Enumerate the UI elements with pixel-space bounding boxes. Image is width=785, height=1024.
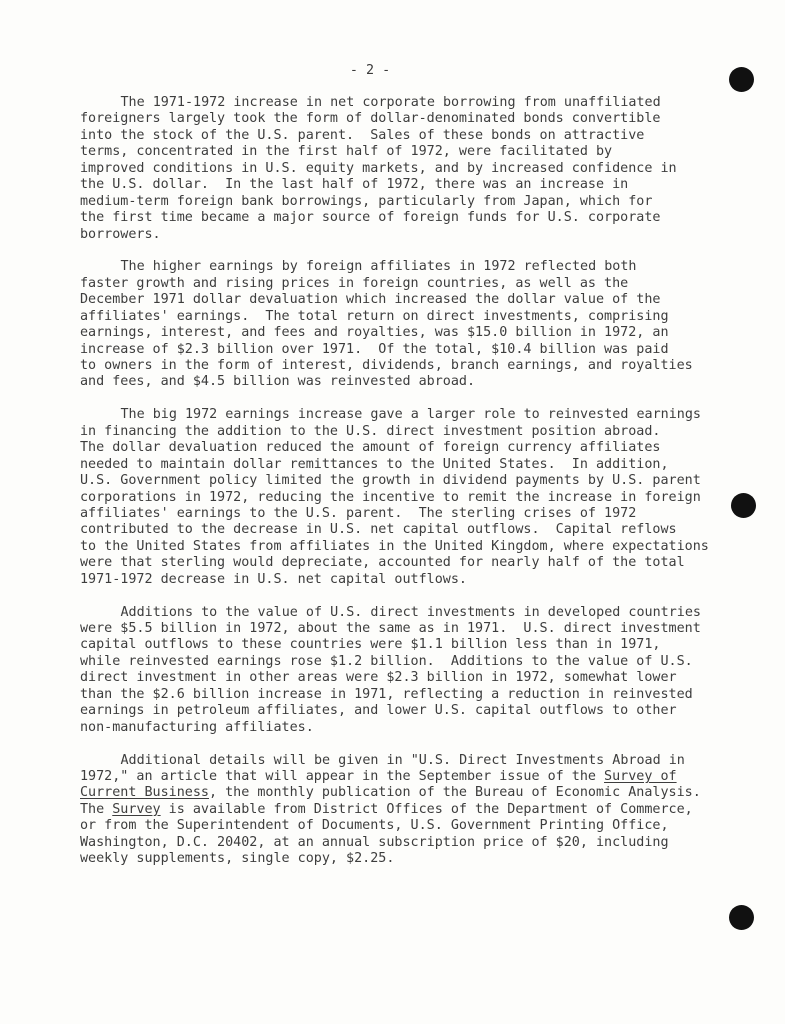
text-line: to owners in the form of interest, divid… bbox=[80, 358, 740, 374]
text-line: were that sterling would depreciate, acc… bbox=[80, 555, 740, 571]
hole-punch-icon bbox=[729, 67, 754, 92]
text-segment: The bbox=[80, 802, 112, 817]
text-line: while reinvested earnings rose $1.2 bill… bbox=[80, 654, 740, 670]
text-line: The higher earnings by foreign affiliate… bbox=[80, 259, 740, 275]
text-line: affiliates' earnings. The total return o… bbox=[80, 309, 740, 325]
text-line: than the $2.6 billion increase in 1971, … bbox=[80, 687, 740, 703]
text-line: and fees, and $4.5 billion was reinveste… bbox=[80, 374, 740, 390]
text-line: 1971-1972 decrease in U.S. net capital o… bbox=[80, 572, 740, 588]
text-line: needed to maintain dollar remittances to… bbox=[80, 457, 740, 473]
text-line: affiliates' earnings to the U.S. parent.… bbox=[80, 506, 740, 522]
text-line: foreigners largely took the form of doll… bbox=[80, 111, 740, 127]
text-line: 1972," an article that will appear in th… bbox=[80, 769, 740, 785]
hole-punch-icon bbox=[729, 905, 754, 930]
text-line: earnings in petroleum affiliates, and lo… bbox=[80, 703, 740, 719]
text-line: earnings, interest, and fees and royalti… bbox=[80, 325, 740, 341]
text-line: Washington, D.C. 20402, at an annual sub… bbox=[80, 835, 740, 851]
publication-title-survey: Survey bbox=[112, 802, 160, 817]
text-line: increase of $2.3 billion over 1971. Of t… bbox=[80, 342, 740, 358]
text-line: the U.S. dollar. In the last half of 197… bbox=[80, 177, 740, 193]
text-line: The Survey is available from District Of… bbox=[80, 802, 740, 818]
paragraph-additional-details: Additional details will be given in "U.S… bbox=[80, 753, 740, 868]
paragraph-developed-countries: Additions to the value of U.S. direct in… bbox=[80, 605, 740, 737]
text-line: December 1971 dollar devaluation which i… bbox=[80, 292, 740, 308]
text-line: The big 1972 earnings increase gave a la… bbox=[80, 407, 740, 423]
text-line: terms, concentrated in the first half of… bbox=[80, 144, 740, 160]
publication-title-current-business: Current Business bbox=[80, 785, 209, 800]
text-line: to the United States from affiliates in … bbox=[80, 539, 740, 555]
text-line: improved conditions in U.S. equity marke… bbox=[80, 161, 740, 177]
text-segment: , the monthly publication of the Bureau … bbox=[209, 785, 701, 800]
text-line: weekly supplements, single copy, $2.25. bbox=[80, 851, 740, 867]
paragraph-corporate-borrowing: The 1971-1972 increase in net corporate … bbox=[80, 95, 740, 243]
text-line: Additions to the value of U.S. direct in… bbox=[80, 605, 740, 621]
page-number: - 2 - bbox=[0, 63, 740, 78]
text-line: The dollar devaluation reduced the amoun… bbox=[80, 440, 740, 456]
text-line: contributed to the decrease in U.S. net … bbox=[80, 522, 740, 538]
text-line: in financing the addition to the U.S. di… bbox=[80, 424, 740, 440]
text-line: The 1971-1972 increase in net corporate … bbox=[80, 95, 740, 111]
text-line: corporations in 1972, reducing the incen… bbox=[80, 490, 740, 506]
text-segment: is available from District Offices of th… bbox=[161, 802, 693, 817]
paragraph-affiliate-earnings: The higher earnings by foreign affiliate… bbox=[80, 259, 740, 391]
text-line: U.S. Government policy limited the growt… bbox=[80, 473, 740, 489]
document-body: The 1971-1972 increase in net corporate … bbox=[80, 95, 740, 884]
hole-punch-icon bbox=[731, 493, 756, 518]
text-line: direct investment in other areas were $2… bbox=[80, 670, 740, 686]
text-line: capital outflows to these countries were… bbox=[80, 637, 740, 653]
paragraph-reinvested-earnings: The big 1972 earnings increase gave a la… bbox=[80, 407, 740, 588]
document-page: - 2 - The 1971-1972 increase in net corp… bbox=[0, 0, 785, 1024]
text-line: or from the Superintendent of Documents,… bbox=[80, 818, 740, 834]
text-line: were $5.5 billion in 1972, about the sam… bbox=[80, 621, 740, 637]
text-line: non-manufacturing affiliates. bbox=[80, 720, 740, 736]
text-line: medium-term foreign bank borrowings, par… bbox=[80, 194, 740, 210]
text-line: Current Business, the monthly publicatio… bbox=[80, 785, 740, 801]
publication-title-survey-of: Survey of bbox=[604, 769, 677, 784]
text-line: borrowers. bbox=[80, 227, 740, 243]
text-line: faster growth and rising prices in forei… bbox=[80, 276, 740, 292]
text-segment: 1972," an article that will appear in th… bbox=[80, 769, 604, 784]
text-line: into the stock of the U.S. parent. Sales… bbox=[80, 128, 740, 144]
text-line: Additional details will be given in "U.S… bbox=[80, 753, 740, 769]
text-line: the first time became a major source of … bbox=[80, 210, 740, 226]
